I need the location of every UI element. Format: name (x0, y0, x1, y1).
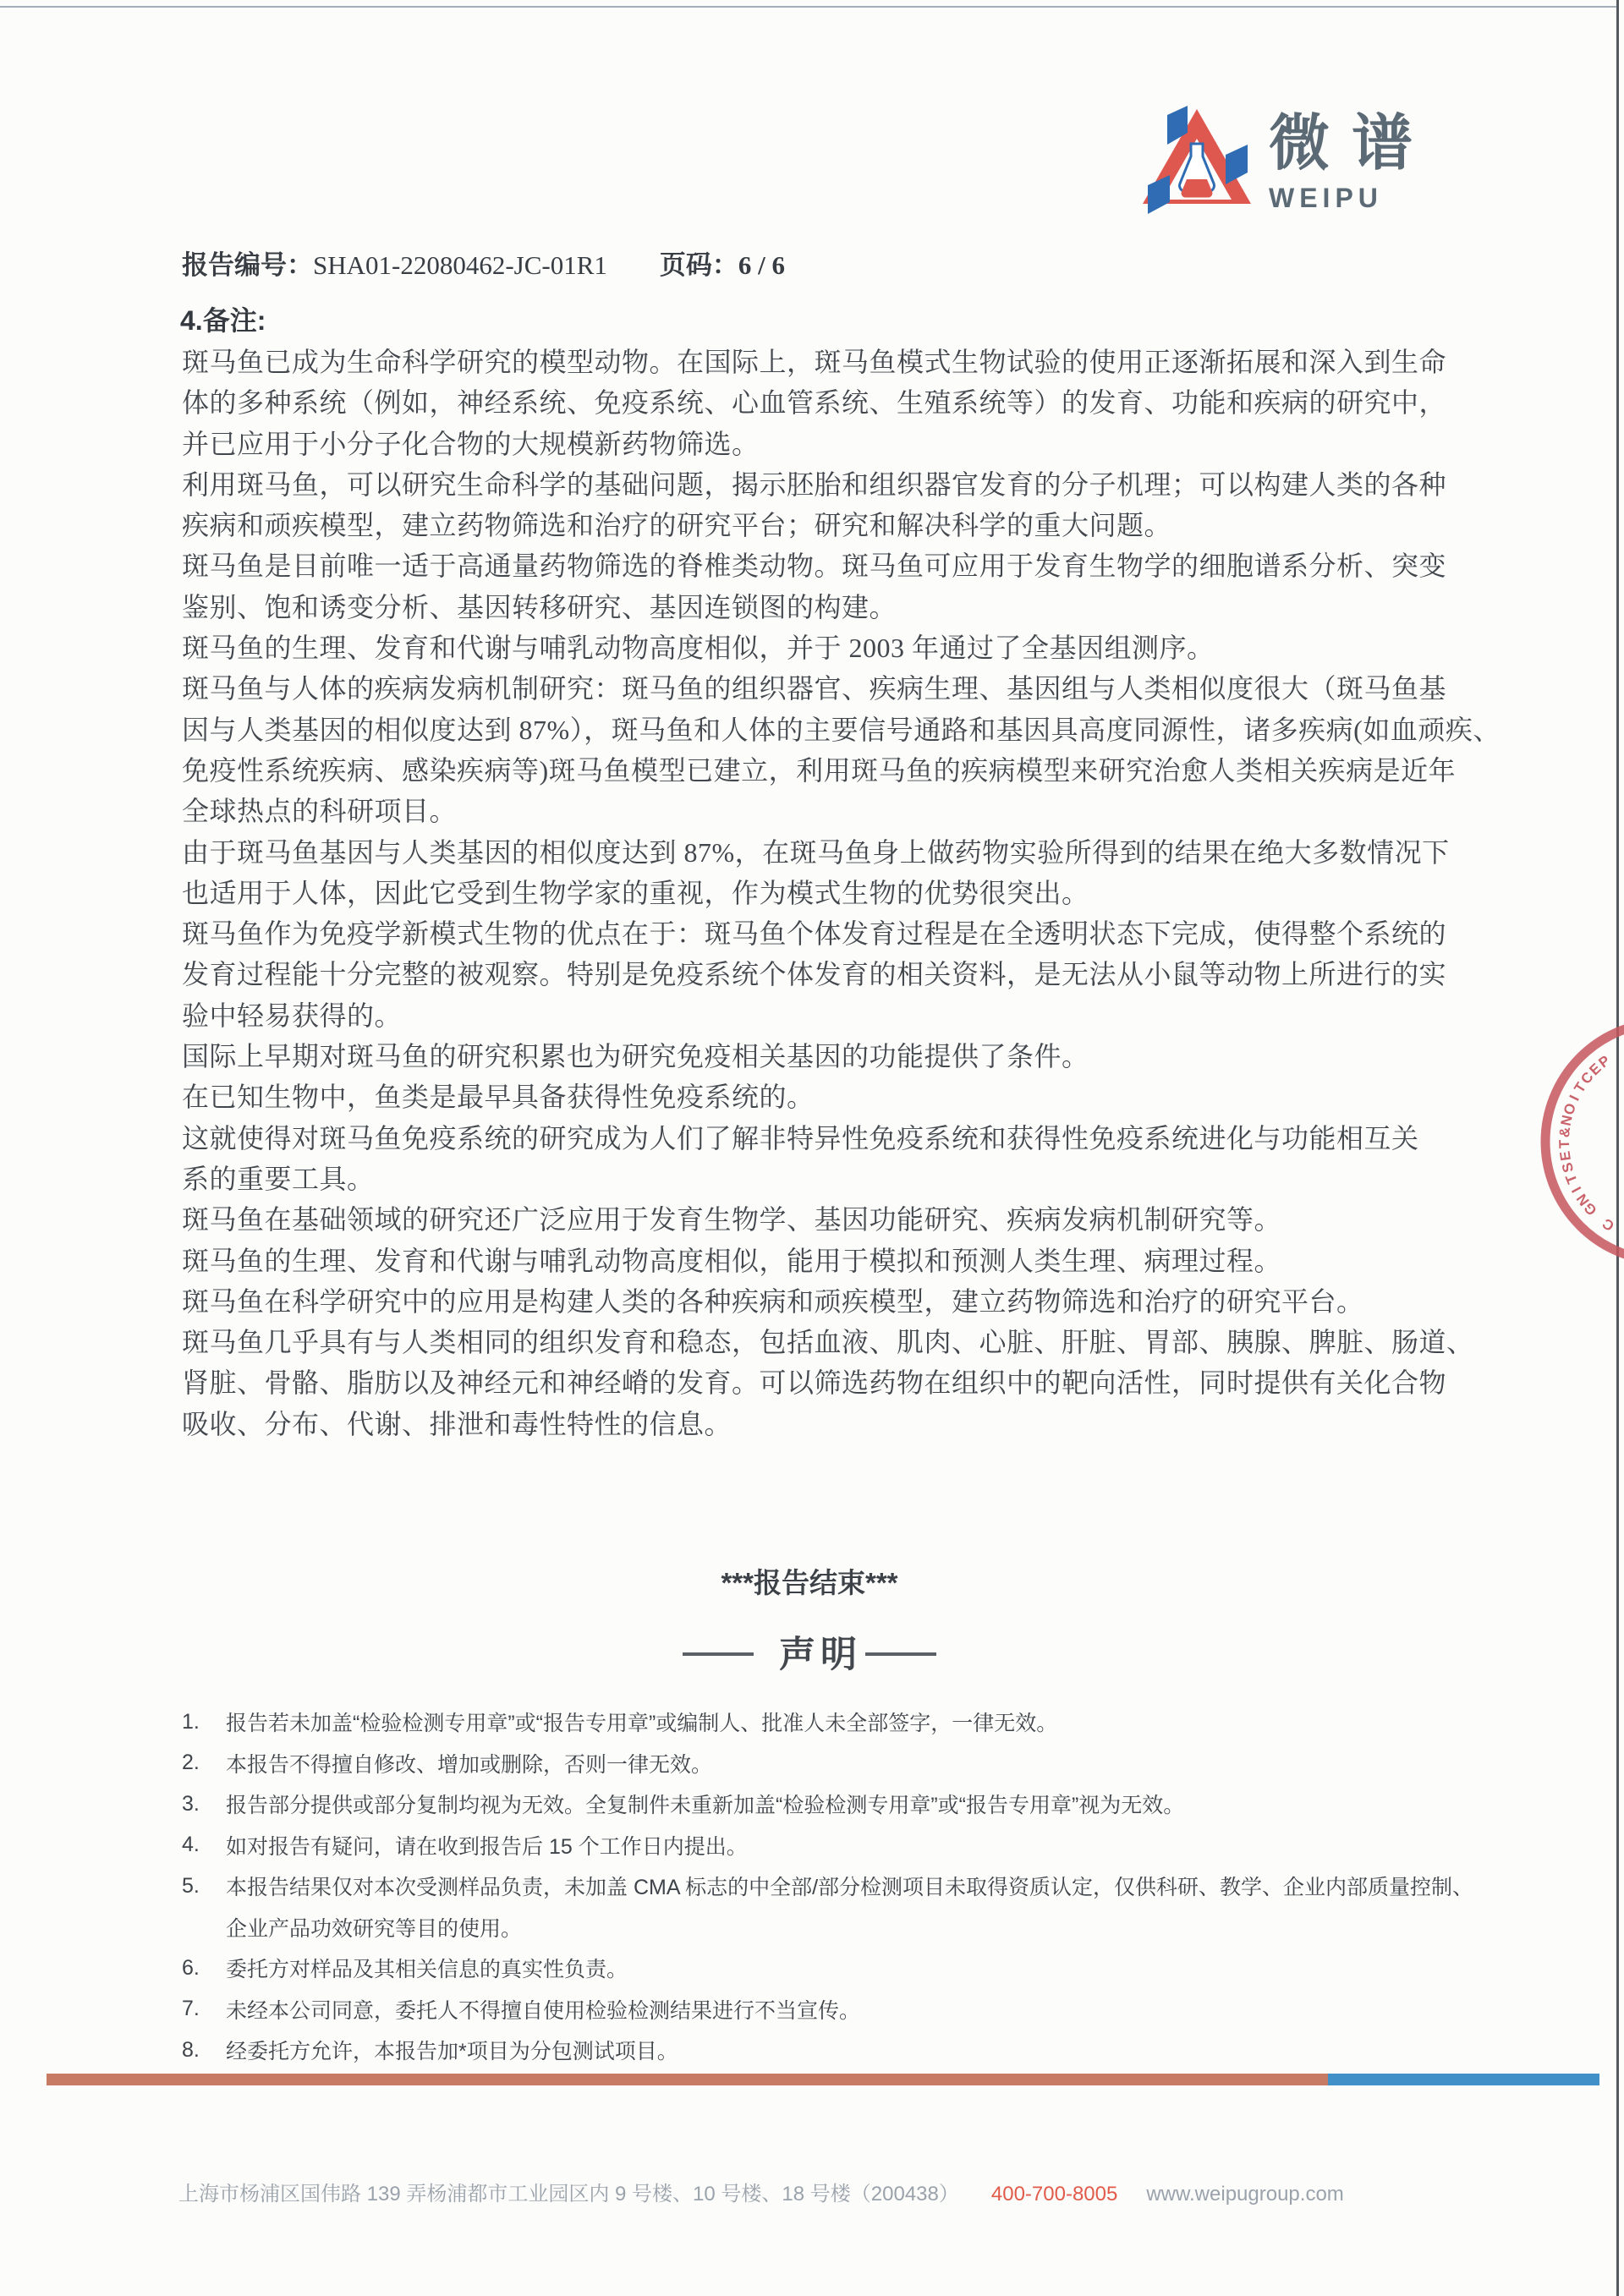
notes-line: 免疫性系统疾病、感染疾病等)斑马鱼模型已建立，利用斑马鱼的疾病模型来研究治愈人类… (182, 750, 1501, 791)
statement-row: 3. 报告部分提供或部分复制均视为无效。全复制件未重新加盖“检验检测专用章”或“… (182, 1784, 1473, 1825)
notes-line: 吸收、分布、代谢、排泄和毒性特性的信息。 (182, 1404, 1501, 1444)
statement-text: 企业产品功效研究等目的使用。 (226, 1912, 522, 1943)
svg-text:I: I (1566, 1093, 1583, 1104)
statement-text: 报告若未加盖“检验检测专用章”或“报告专用章”或编制人、批准人未全部签字，一律无… (226, 1707, 1057, 1737)
weipu-logo-icon (1138, 105, 1255, 224)
notes-line: 系的重要工具。 (182, 1159, 1501, 1199)
statement-number: 7. (182, 1997, 226, 2021)
notes-line: 国际上早期对斑马鱼的研究积累也为研究免疫相关基因的功能提供了条件。 (182, 1036, 1501, 1077)
notes-line: 斑马鱼的生理、发育和代谢与哺乳动物高度相似，能用于模拟和预测人类生理、病理过程。 (182, 1241, 1501, 1281)
statement-list: 1. 报告若未加盖“检验检测专用章”或“报告专用章”或编制人、批准人未全部签字，… (182, 1701, 1473, 2071)
notes-line: 斑马鱼已成为生命科学研究的模型动物。在国际上，斑马鱼模式生物试验的使用正逐渐拓展… (182, 342, 1501, 382)
statement-number: 1. (182, 1710, 226, 1734)
notes-line: 因与人类基因的相似度达到 87%），斑马鱼和人体的主要信号通路和基因具高度同源性… (182, 710, 1501, 750)
notes-line: 鉴别、饱和诱变分析、基因转移研究、基因连锁图的构建。 (182, 587, 1501, 627)
notes-heading: 4.备注: (180, 299, 266, 338)
statement-row: 7. 未经本公司同意，委托人不得擅自使用检验检测结果进行不当宣传。 (182, 1989, 1473, 2030)
footer-website: www.weipugroup.com (1146, 2183, 1343, 2206)
footer: 上海市杨浦区国伟路 139 弄杨浦都市工业园区内 9 号楼、10 号楼、18 号… (178, 2177, 1344, 2206)
notes-line: 也适用于人体，因此它受到生物学家的重视，作为模式生物的优势很突出。 (182, 873, 1501, 913)
report-header-row: 报告编号：SHA01-22080462-JC-01R1页码：6 / 6 (182, 244, 785, 282)
notes-line: 斑马鱼在基础领域的研究还广泛应用于发育生物学、基因功能研究、疾病发病机制研究等。 (182, 1199, 1501, 1240)
notes-line: 疾病和顽疾模型，建立药物筛选和治疗的研究平台；研究和解决科学的重大问题。 (182, 505, 1501, 545)
notes-line: 由于斑马鱼基因与人类基因的相似度达到 87%，在斑马鱼身上做药物实验所得到的结果… (182, 832, 1501, 873)
statement-number: 3. (182, 1792, 226, 1817)
statement-number: 8. (182, 2038, 226, 2063)
footer-phone: 400-700-8005 (991, 2183, 1117, 2206)
statement-text: 委托方对样品及其相关信息的真实性负责。 (226, 1953, 628, 1983)
notes-line: 并已应用于小分子化合物的大规模新药物筛选。 (182, 424, 1501, 464)
report-no-label: 报告编号： (182, 250, 313, 280)
statement-row: 5. 本报告结果仅对本次受测样品负责，未加盖 CMA 标志的中全部/部分检测项目… (182, 1866, 1473, 1907)
notes-line: 全球热点的科研项目。 (182, 791, 1501, 831)
notes-line: 这就使得对斑马鱼免疫系统的研究成为人们了解非特异性免疫系统和获得性免疫系统进化与… (182, 1118, 1501, 1159)
svg-text:I: I (1568, 1184, 1584, 1195)
statement-row: 1. 报告若未加盖“检验检测专用章”或“报告专用章”或编制人、批准人未全部签字，… (182, 1701, 1473, 1743)
statement-row: 4. 如对报告有疑问，请在收到报告后 15 个工作日内提出。 (182, 1825, 1473, 1866)
notes-line: 利用斑马鱼，可以研究生命科学的基础问题，揭示胚胎和组织器官发育的分子机理；可以构… (182, 464, 1501, 505)
notes-line: 验中轻易获得的。 (182, 995, 1501, 1036)
statement-text: 本报告不得擅自修改、增加或删除，否则一律无效。 (226, 1748, 712, 1778)
notes-body: 斑马鱼已成为生命科学研究的模型动物。在国际上，斑马鱼模式生物试验的使用正逐渐拓展… (182, 342, 1501, 1444)
statement-text: 本报告结果仅对本次受测样品负责，未加盖 CMA 标志的中全部/部分检测项目未取得… (226, 1871, 1473, 1901)
statement-number: 5. (182, 1874, 226, 1899)
footer-accent-bar (47, 2074, 1599, 2085)
notes-line: 在已知生物中，鱼类是最早具备获得性免疫系统的。 (182, 1077, 1501, 1117)
statement-text: 如对报告有疑问，请在收到报告后 15 个工作日内提出。 (226, 1830, 748, 1860)
logo-text-en: WEIPU (1269, 183, 1435, 214)
statement-text: 未经本公司同意，委托人不得擅自使用检验检测结果进行不当宣传。 (226, 1994, 860, 2025)
statement-row: 企业产品功效研究等目的使用。 (182, 1907, 1473, 1948)
report-end-text: ***报告结束*** (0, 1561, 1619, 1601)
statement-row: 6. 委托方对样品及其相关信息的真实性负责。 (182, 1948, 1473, 1989)
notes-line: 体的多种系统（例如，神经系统、免疫系统、心血管系统、生殖系统等）的发育、功能和疾… (182, 382, 1501, 423)
svg-text:E: E (1557, 1150, 1574, 1162)
statement-text: 报告部分提供或部分复制均视为无效。全复制件未重新加盖“检验检测专用章”或“报告专… (226, 1789, 1184, 1819)
notes-line: 斑马鱼作为免疫学新模式生物的优点在于：斑马鱼个体发育过程是在全透明状态下完成，使… (182, 913, 1501, 954)
notes-line: 肾脏、骨骼、脂肪以及神经元和神经嵴的发育。可以筛选药物在组织中的靶向活性，同时提… (182, 1362, 1501, 1403)
statement-number: 6. (182, 1956, 226, 1981)
scanned-report-page: 微谱 WEIPU 报告编号：SHA01-22080462-JC-01R1页码：6… (0, 0, 1624, 2296)
page-no-label: 页码： (660, 250, 738, 280)
notes-line: 斑马鱼是目前唯一适于高通量药物筛选的脊椎类动物。斑马鱼可应用于发育生物学的细胞谱… (182, 545, 1501, 586)
statement-text: 经委托方允许，本报告加*项目为分包测试项目。 (226, 2035, 678, 2065)
footer-bar-red-segment (47, 2074, 1328, 2085)
notes-line: 斑马鱼几乎具有与人类相同的组织发育和稳态，包括血液、肌肉、心脏、肝脏、胃部、胰腺… (182, 1322, 1501, 1362)
statement-row: 8. 经委托方允许，本报告加*项目为分包测试项目。 (182, 2030, 1473, 2071)
svg-text:C: C (1599, 1215, 1617, 1235)
report-no-value: SHA01-22080462-JC-01R1 (313, 250, 607, 280)
statement-number: 2. (182, 1751, 226, 1775)
statement-number: 4. (182, 1833, 226, 1857)
weipu-logo: 微谱 WEIPU (1138, 105, 1435, 224)
statement-row: 2. 本报告不得擅自修改、增加或删除，否则一律无效。 (182, 1743, 1473, 1784)
svg-text:T: T (1556, 1139, 1572, 1148)
logo-text-cn: 微谱 (1269, 113, 1435, 174)
statement-heading: 声明 (0, 1626, 1619, 1678)
footer-address: 上海市杨浦区国伟路 139 弄杨浦都市工业园区内 9 号楼、10 号楼、18 号… (178, 2183, 959, 2206)
notes-line: 发育过程能十分完整的被观察。特别是免疫系统个体发育的相关资料，是无法从小鼠等动物… (182, 954, 1501, 995)
dash-line-right (865, 1652, 936, 1656)
dash-line-left (683, 1652, 754, 1656)
footer-bar-blue-segment (1328, 2074, 1599, 2085)
page-no-value: 6 / 6 (738, 250, 785, 280)
svg-text:S: S (1559, 1161, 1577, 1175)
scan-top-edge-line (0, 6, 1619, 8)
inspection-stamp: PECTION&TESTINGC (1533, 1015, 1624, 1269)
statement-title: 声明 (779, 1635, 862, 1675)
notes-line: 斑马鱼在科学研究中的应用是构建人类的各种疾病和顽疾模型，建立药物筛选和治疗的研究… (182, 1281, 1501, 1322)
notes-line: 斑马鱼的生理、发育和代谢与哺乳动物高度相似，并于 2003 年通过了全基因组测序… (182, 627, 1501, 668)
notes-line: 斑马鱼与人体的疾病发病机制研究：斑马鱼的组织器官、疾病生理、基因组与人类相似度很… (182, 668, 1501, 709)
svg-text:&: & (1556, 1126, 1573, 1138)
